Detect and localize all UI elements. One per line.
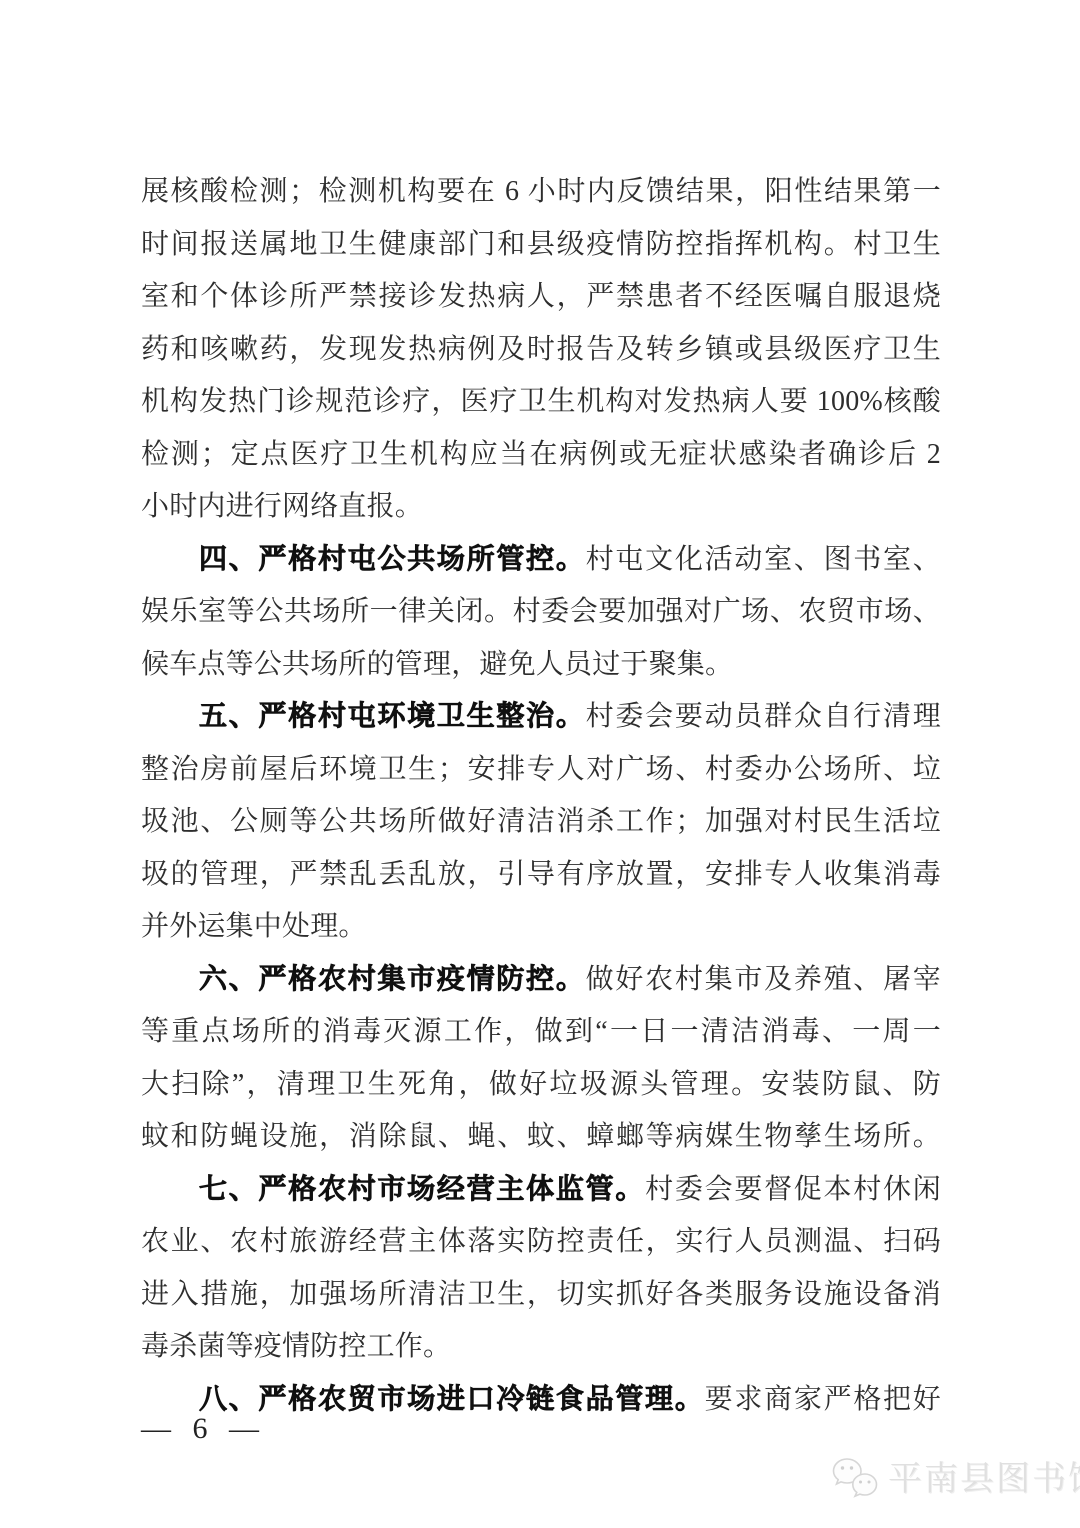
wechat-icon [830, 1456, 880, 1502]
text-line: 药和咳嗽药，发现发热病例及时报告及转乡镇或县级医疗卫生 [141, 324, 941, 377]
body-text: 村委会要动员群众自行清理 [586, 701, 941, 732]
text-line: 六、严格农村集市疫情防控。做好农村集市及养殖、屠宰 [141, 954, 941, 1007]
text-line: 整治房前屋后环境卫生；安排专人对广场、村委办公场所、垃 [141, 744, 941, 797]
section-heading-text: 六、严格农村集市疫情防控。 [199, 964, 586, 995]
text-block: 展核酸检测；检测机构要在 6 小时内反馈结果，阳性结果第一 时间报送属地卫生健康… [141, 166, 941, 1426]
section-heading-text: 七、严格农村市场经营主体监管。 [199, 1174, 645, 1205]
body-text: 要求商家严格把好 [705, 1384, 941, 1415]
body-text: 时间报送属地卫生健康部门和县级疫情防控指挥机构。村卫生 [141, 229, 941, 260]
body-text: 小时内进行网络直报。 [141, 491, 423, 522]
body-text: 展核酸检测；检测机构要在 6 小时内反馈结果，阳性结果第一 [141, 176, 941, 207]
text-line: 圾池、公厕等公共场所做好清洁消杀工作；加强对村民生活垃 [141, 796, 941, 849]
text-line: 娱乐室等公共场所一律关闭。村委会要加强对广场、农贸市场、 [141, 586, 941, 639]
text-line: 室和个体诊所严禁接诊发热病人，严禁患者不经医嘱自服退烧 [141, 271, 941, 324]
text-line: 七、严格农村市场经营主体监管。村委会要督促本村休闲 [141, 1164, 941, 1217]
text-line: 小时内进行网络直报。 [141, 481, 941, 534]
watermark-label: 平南县图书馆 [888, 1456, 1080, 1502]
text-line: 时间报送属地卫生健康部门和县级疫情防控指挥机构。村卫生 [141, 219, 941, 272]
text-line: 八、严格农贸市场进口冷链食品管理。要求商家严格把好 [141, 1374, 941, 1427]
text-line: 检测；定点医疗卫生机构应当在病例或无症状感染者确诊后 2 [141, 429, 941, 482]
body-text: 整治房前屋后环境卫生；安排专人对广场、村委办公场所、垃 [141, 754, 941, 785]
body-text: 室和个体诊所严禁接诊发热病人，严禁患者不经医嘱自服退烧 [141, 281, 941, 312]
text-line: 五、严格村屯环境卫生整治。村委会要动员群众自行清理 [141, 691, 941, 744]
body-text: 村委会要督促本村休闲 [645, 1174, 941, 1205]
body-text: 娱乐室等公共场所一律关闭。村委会要加强对广场、农贸市场、 [141, 596, 941, 627]
body-text: 蚊和防蝇设施，消除鼠、蝇、蚊、蟑螂等病媒生物孳生场所。 [141, 1121, 941, 1152]
text-line: 并外运集中处理。 [141, 901, 941, 954]
body-text: 并外运集中处理。 [141, 911, 367, 942]
section-heading-text: 八、严格农贸市场进口冷链食品管理。 [199, 1384, 705, 1415]
body-text: 等重点场所的消毒灭源工作，做到“一日一清洁消毒、一周一 [141, 1016, 941, 1047]
body-text: 大扫除”，清理卫生死角，做好垃圾源头管理。安装防鼠、防 [141, 1069, 941, 1100]
watermark: 平南县图书馆 [830, 1456, 1080, 1502]
text-line: 圾的管理，严禁乱丢乱放，引导有序放置，安排专人收集消毒 [141, 849, 941, 902]
text-line: 大扫除”，清理卫生死角，做好垃圾源头管理。安装防鼠、防 [141, 1059, 941, 1112]
body-text: 药和咳嗽药，发现发热病例及时报告及转乡镇或县级医疗卫生 [141, 334, 941, 365]
section-heading-text: 四、严格村屯公共场所管控。 [199, 544, 586, 575]
text-line: 蚊和防蝇设施，消除鼠、蝇、蚊、蟑螂等病媒生物孳生场所。 [141, 1111, 941, 1164]
text-line: 机构发热门诊规范诊疗，医疗卫生机构对发热病人要 100%核酸 [141, 376, 941, 429]
body-text: 机构发热门诊规范诊疗，医疗卫生机构对发热病人要 100%核酸 [141, 386, 941, 417]
text-line: 候车点等公共场所的管理，避免人员过于聚集。 [141, 639, 941, 692]
body-text: 圾的管理，严禁乱丢乱放，引导有序放置，安排专人收集消毒 [141, 859, 941, 890]
text-line: 毒杀菌等疫情防控工作。 [141, 1321, 941, 1374]
body-text: 进入措施，加强场所清洁卫生，切实抓好各类服务设施设备消 [141, 1279, 941, 1310]
body-text: 农业、农村旅游经营主体落实防控责任，实行人员测温、扫码 [141, 1226, 941, 1257]
body-text: 圾池、公厕等公共场所做好清洁消杀工作；加强对村民生活垃 [141, 806, 941, 837]
text-line: 等重点场所的消毒灭源工作，做到“一日一清洁消毒、一周一 [141, 1006, 941, 1059]
body-text: 毒杀菌等疫情防控工作。 [141, 1331, 451, 1362]
text-line: 农业、农村旅游经营主体落实防控责任，实行人员测温、扫码 [141, 1216, 941, 1269]
text-line: 展核酸检测；检测机构要在 6 小时内反馈结果，阳性结果第一 [141, 166, 941, 219]
document-page: 展核酸检测；检测机构要在 6 小时内反馈结果，阳性结果第一 时间报送属地卫生健康… [0, 0, 1080, 1528]
body-text: 候车点等公共场所的管理，避免人员过于聚集。 [141, 649, 733, 680]
body-text: 村屯文化活动室、图书室、 [586, 544, 941, 575]
section-heading-text: 五、严格村屯环境卫生整治。 [199, 701, 586, 732]
text-line: 进入措施，加强场所清洁卫生，切实抓好各类服务设施设备消 [141, 1269, 941, 1322]
body-text: 做好农村集市及养殖、屠宰 [586, 964, 941, 995]
page-number: — 6 — [141, 1408, 259, 1450]
body-text: 检测；定点医疗卫生机构应当在病例或无症状感染者确诊后 2 [141, 439, 941, 470]
text-line: 四、严格村屯公共场所管控。村屯文化活动室、图书室、 [141, 534, 941, 587]
